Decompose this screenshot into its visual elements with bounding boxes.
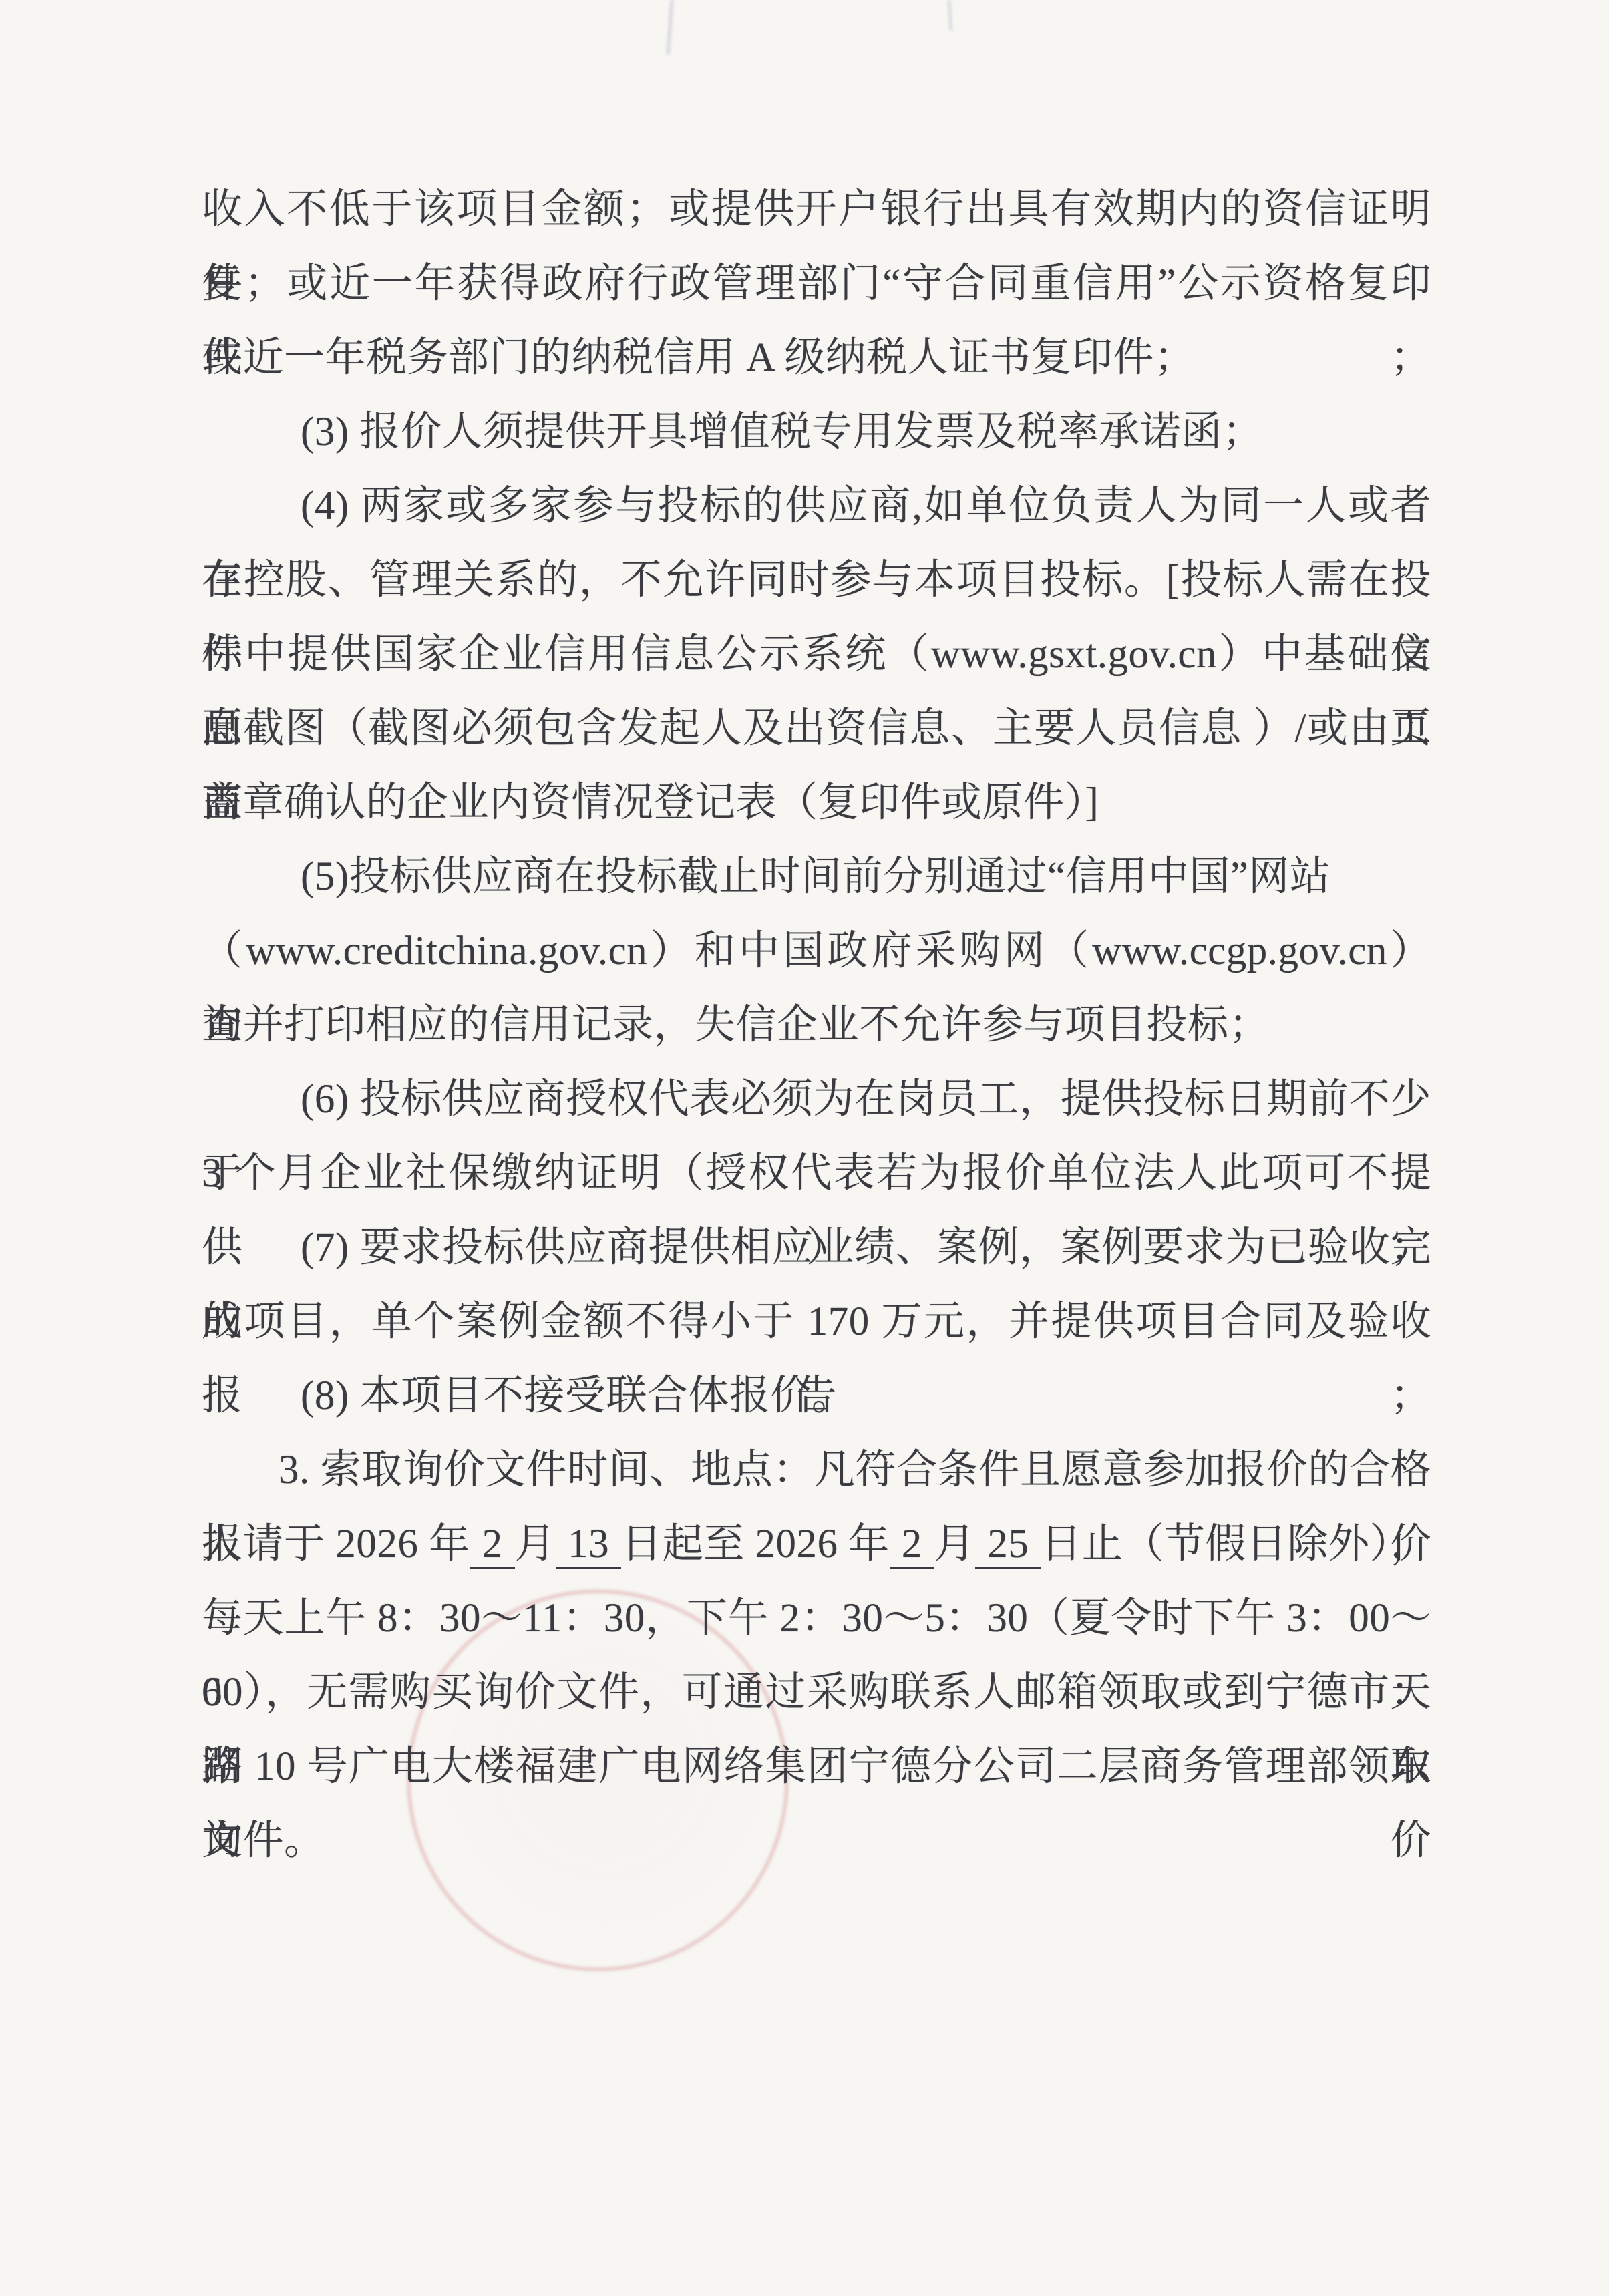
date-text-part: 月 — [934, 1522, 976, 1567]
doc-line-09: 盖章确认的企业内资情况登记表（复印件或原件）] — [202, 766, 1431, 840]
doc-line-22: 路 10 号广电大楼福建广电网络集团宁德分公司二层商务管理部领取询价 — [202, 1730, 1431, 1804]
date-text-part: 日止（节假日除外）， — [1041, 1522, 1431, 1567]
start-month-underlined: 2 — [470, 1522, 515, 1569]
date-text-part: 人请于 2026 年 — [202, 1522, 470, 1567]
document-body: 收入不低于该项目金额；或提供开户银行出具有效期内的资信证明复印 件；或近一年获得… — [0, 0, 1609, 1878]
doc-line-01: 收入不低于该项目金额；或提供开户银行出具有效期内的资信证明复印 — [202, 172, 1431, 247]
doc-line-11: （www.creditchina.gov.cn）和中国政府采购网（www.ccg… — [202, 914, 1431, 988]
doc-line-18-section3: 3. 索取询价文件时间、地点：凡符合条件且愿意参加报价的合格报价 — [202, 1433, 1431, 1507]
doc-line-08: 面截图（截图必须包含发起人及出资信息、主要人员信息 ）/或由工商 — [202, 691, 1431, 766]
doc-line-19-date-line: 人请于 2026 年2月13日起至 2026 年2月25日止（节假日除外）， — [202, 1507, 1431, 1581]
date-text-part: 日起至 2026 年 — [621, 1522, 890, 1567]
doc-line-05-item4: (4) 两家或多家参与投标的供应商,如单位负责人为同一人或者存 — [202, 469, 1431, 543]
doc-line-04-item3: (3) 报价人须提供开具增值税专用发票及税率承诺函； — [202, 395, 1431, 469]
doc-line-10-item5: (5)投标供应商在投标截止时间前分别通过“信用中国”网站 — [202, 840, 1431, 914]
doc-line-14: 3 个月企业社保缴纳证明（授权代表若为报价单位法人此项可不提供）； — [202, 1136, 1431, 1210]
date-text-part: 月 — [515, 1522, 556, 1567]
doc-line-07: 件中提供国家企业信用信息公示系统（www.gsxt.gov.cn）中基础信息页 — [202, 617, 1431, 691]
start-day-underlined: 13 — [556, 1522, 621, 1569]
doc-line-16: 的项目，单个案例金额不得小于 170 万元，并提供项目合同及验收报告； — [202, 1285, 1431, 1359]
doc-line-06: 在控股、管理关系的，不允许同时参与本项目投标。[投标人需在投标文 — [202, 543, 1431, 617]
doc-line-02: 件；或近一年获得政府行政管理部门“守合同重信用”公示资格复印件； — [202, 247, 1431, 321]
doc-line-20: 每天上午 8：30～11：30，下午 2：30～5：30（夏令时下午 3：00～… — [202, 1581, 1431, 1655]
doc-line-15-item7: (7) 要求投标供应商提供相应业绩、案例，案例要求为已验收完成 — [202, 1210, 1431, 1285]
doc-line-13-item6: (6) 投标供应商授权代表必须为在岗员工，提供投标日期前不少于 — [202, 1062, 1431, 1136]
end-day-underlined: 25 — [975, 1522, 1041, 1569]
scanned-document-page: 收入不低于该项目金额；或提供开户银行出具有效期内的资信证明复印 件；或近一年获得… — [0, 0, 1609, 2296]
end-month-underlined: 2 — [890, 1522, 934, 1569]
doc-line-12: 询并打印相应的信用记录，失信企业不允许参与项目投标； — [202, 988, 1431, 1062]
doc-line-21: 00），无需购买询价文件，可通过采购联系人邮箱领取或到宁德市天湖东 — [202, 1655, 1431, 1730]
